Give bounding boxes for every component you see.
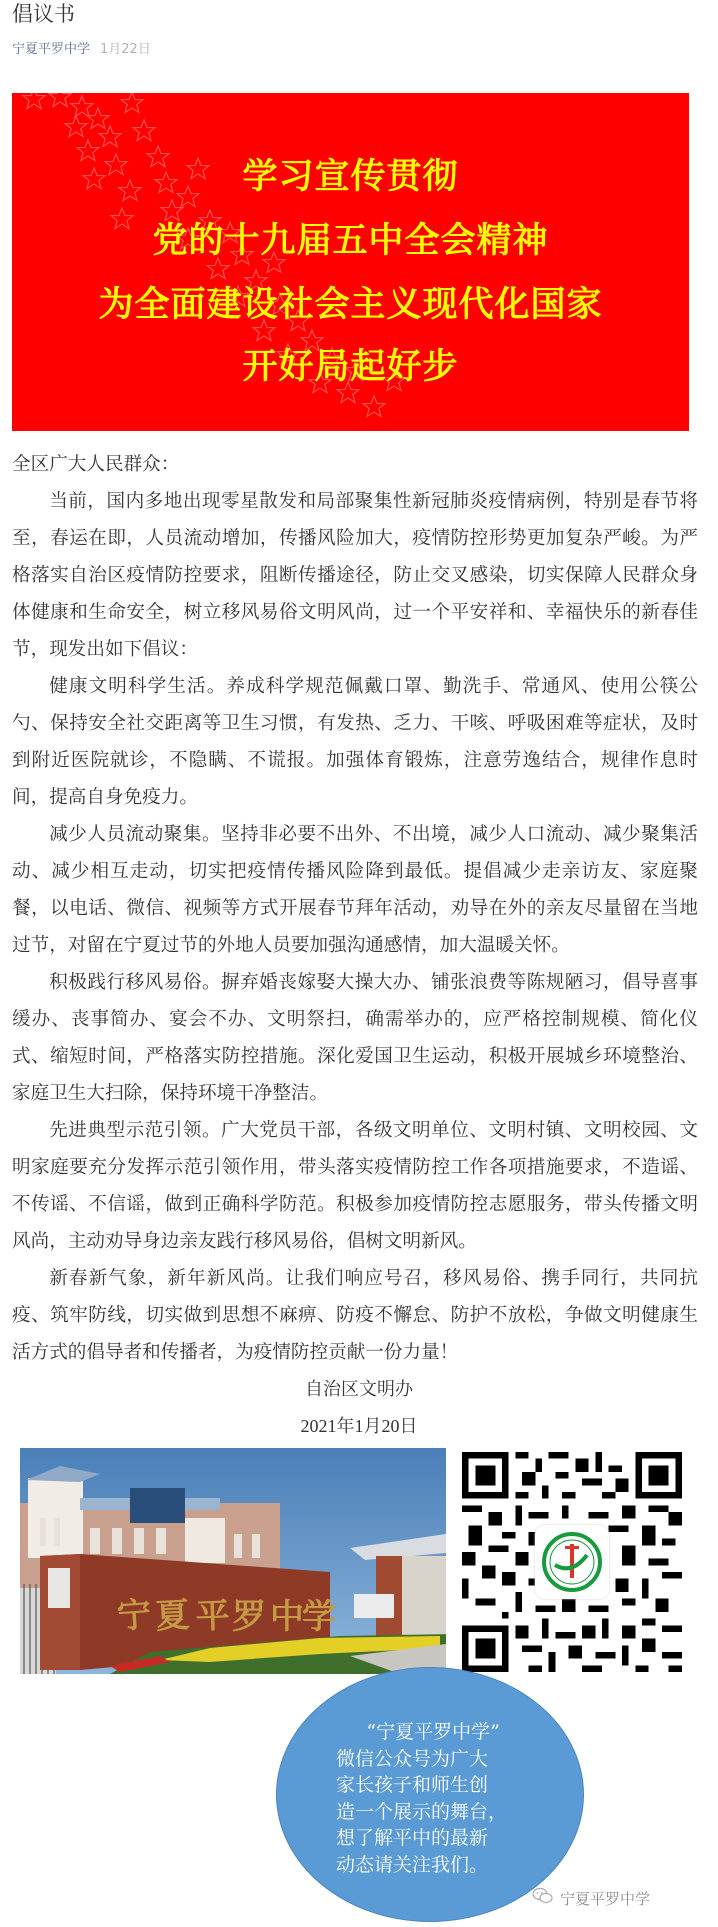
paragraph-reduce-movement: 减少人员流动聚集。坚持非必要不出外、不出境，减少人口流动、减少聚集活动、减少相互… [12, 816, 698, 964]
banner-line-3: 为全面建设社会主义现代化国家 [12, 285, 689, 325]
signature-date: 2021年1月20日 [0, 1412, 718, 1438]
publish-date: 1月22日 [100, 42, 151, 57]
paragraph-healthy-living: 健康文明科学生活。养成科学规范佩戴口罩、勤洗手、常通风、使用公筷公勺、保持安全社… [12, 668, 698, 816]
bubble-line: 动态请关注我们。 [336, 1852, 536, 1879]
salutation: 全区广大人民群众： [12, 446, 698, 483]
banner-line-2: 党的十九届五中全会精神 [12, 221, 689, 261]
paragraph-customs: 积极践行移风易俗。摒弃婚丧嫁娶大操大办、铺张浪费等陈规陋习，倡导喜事缓办、丧事简… [12, 964, 698, 1112]
banner-slogan: 学习宣传贯彻 党的十九届五中全会精神 为全面建设社会主义现代化国家 开好局起好步 [12, 93, 689, 431]
svg-text:宁: 宁 [116, 1595, 153, 1637]
paragraph-intro: 当前，国内多地出现零星散发和局部聚集性新冠肺炎疫情病例，特别是春节将至，春运在即… [12, 483, 698, 668]
bubble-line: 想了解平中的最新 [336, 1825, 536, 1852]
wechat-watermark: 宁夏平罗中学 [532, 1887, 650, 1909]
banner-line-4: 开好局起好步 [12, 347, 689, 387]
paragraph-closing: 新春新气象，新年新风尚。让我们响应号召，移风易俗、携手同行，共同抗疫、筑牢防线，… [12, 1260, 698, 1371]
bubble-line: 造一个展示的舞台， [336, 1799, 536, 1826]
svg-text:罗: 罗 [232, 1597, 266, 1637]
bubble-line: 微信公众号为广大 [336, 1746, 536, 1773]
wechat-qr-code [462, 1452, 682, 1672]
paragraph-role-models: 先进典型示范引领。广大党员干部，各级文明单位、文明村镇、文明校园、文明家庭要充分… [12, 1112, 698, 1260]
watermark-text: 宁夏平罗中学 [560, 1888, 650, 1909]
school-name-sign: 宁 夏 平 罗 中 学 [116, 1595, 336, 1637]
banner-image: 学习宣传贯彻 党的十九届五中全会精神 为全面建设社会主义现代化国家 开好局起好步 [12, 93, 689, 431]
article-body: 全区广大人民群众： 当前，国内多地出现零星散发和局部聚集性新冠肺炎疫情病例，特别… [12, 446, 698, 1371]
author-link[interactable]: 宁夏平罗中学 [12, 42, 90, 57]
banner-line-1: 学习宣传贯彻 [12, 157, 689, 197]
bubble-line: “宁夏平罗中学” [336, 1719, 536, 1746]
school-logo-icon [535, 1525, 609, 1599]
wechat-icon [532, 1887, 554, 1909]
signature: 自治区文明办 [0, 1375, 718, 1401]
svg-text:中: 中 [270, 1597, 304, 1637]
svg-text:学: 学 [302, 1597, 336, 1637]
school-gate-photo: 宁 夏 平 罗 中 学 [20, 1448, 446, 1674]
info-bubble-text: “宁夏平罗中学” 微信公众号为广大 家长孩子和师生创 造一个展示的舞台， 想了解… [336, 1719, 536, 1878]
svg-text:平: 平 [195, 1596, 230, 1637]
article-meta: 宁夏平罗中学1月22日 [12, 40, 151, 60]
article-title: 倡议书 [12, 0, 75, 28]
bubble-line: 家长孩子和师生创 [336, 1772, 536, 1799]
svg-text:夏: 夏 [154, 1595, 190, 1637]
